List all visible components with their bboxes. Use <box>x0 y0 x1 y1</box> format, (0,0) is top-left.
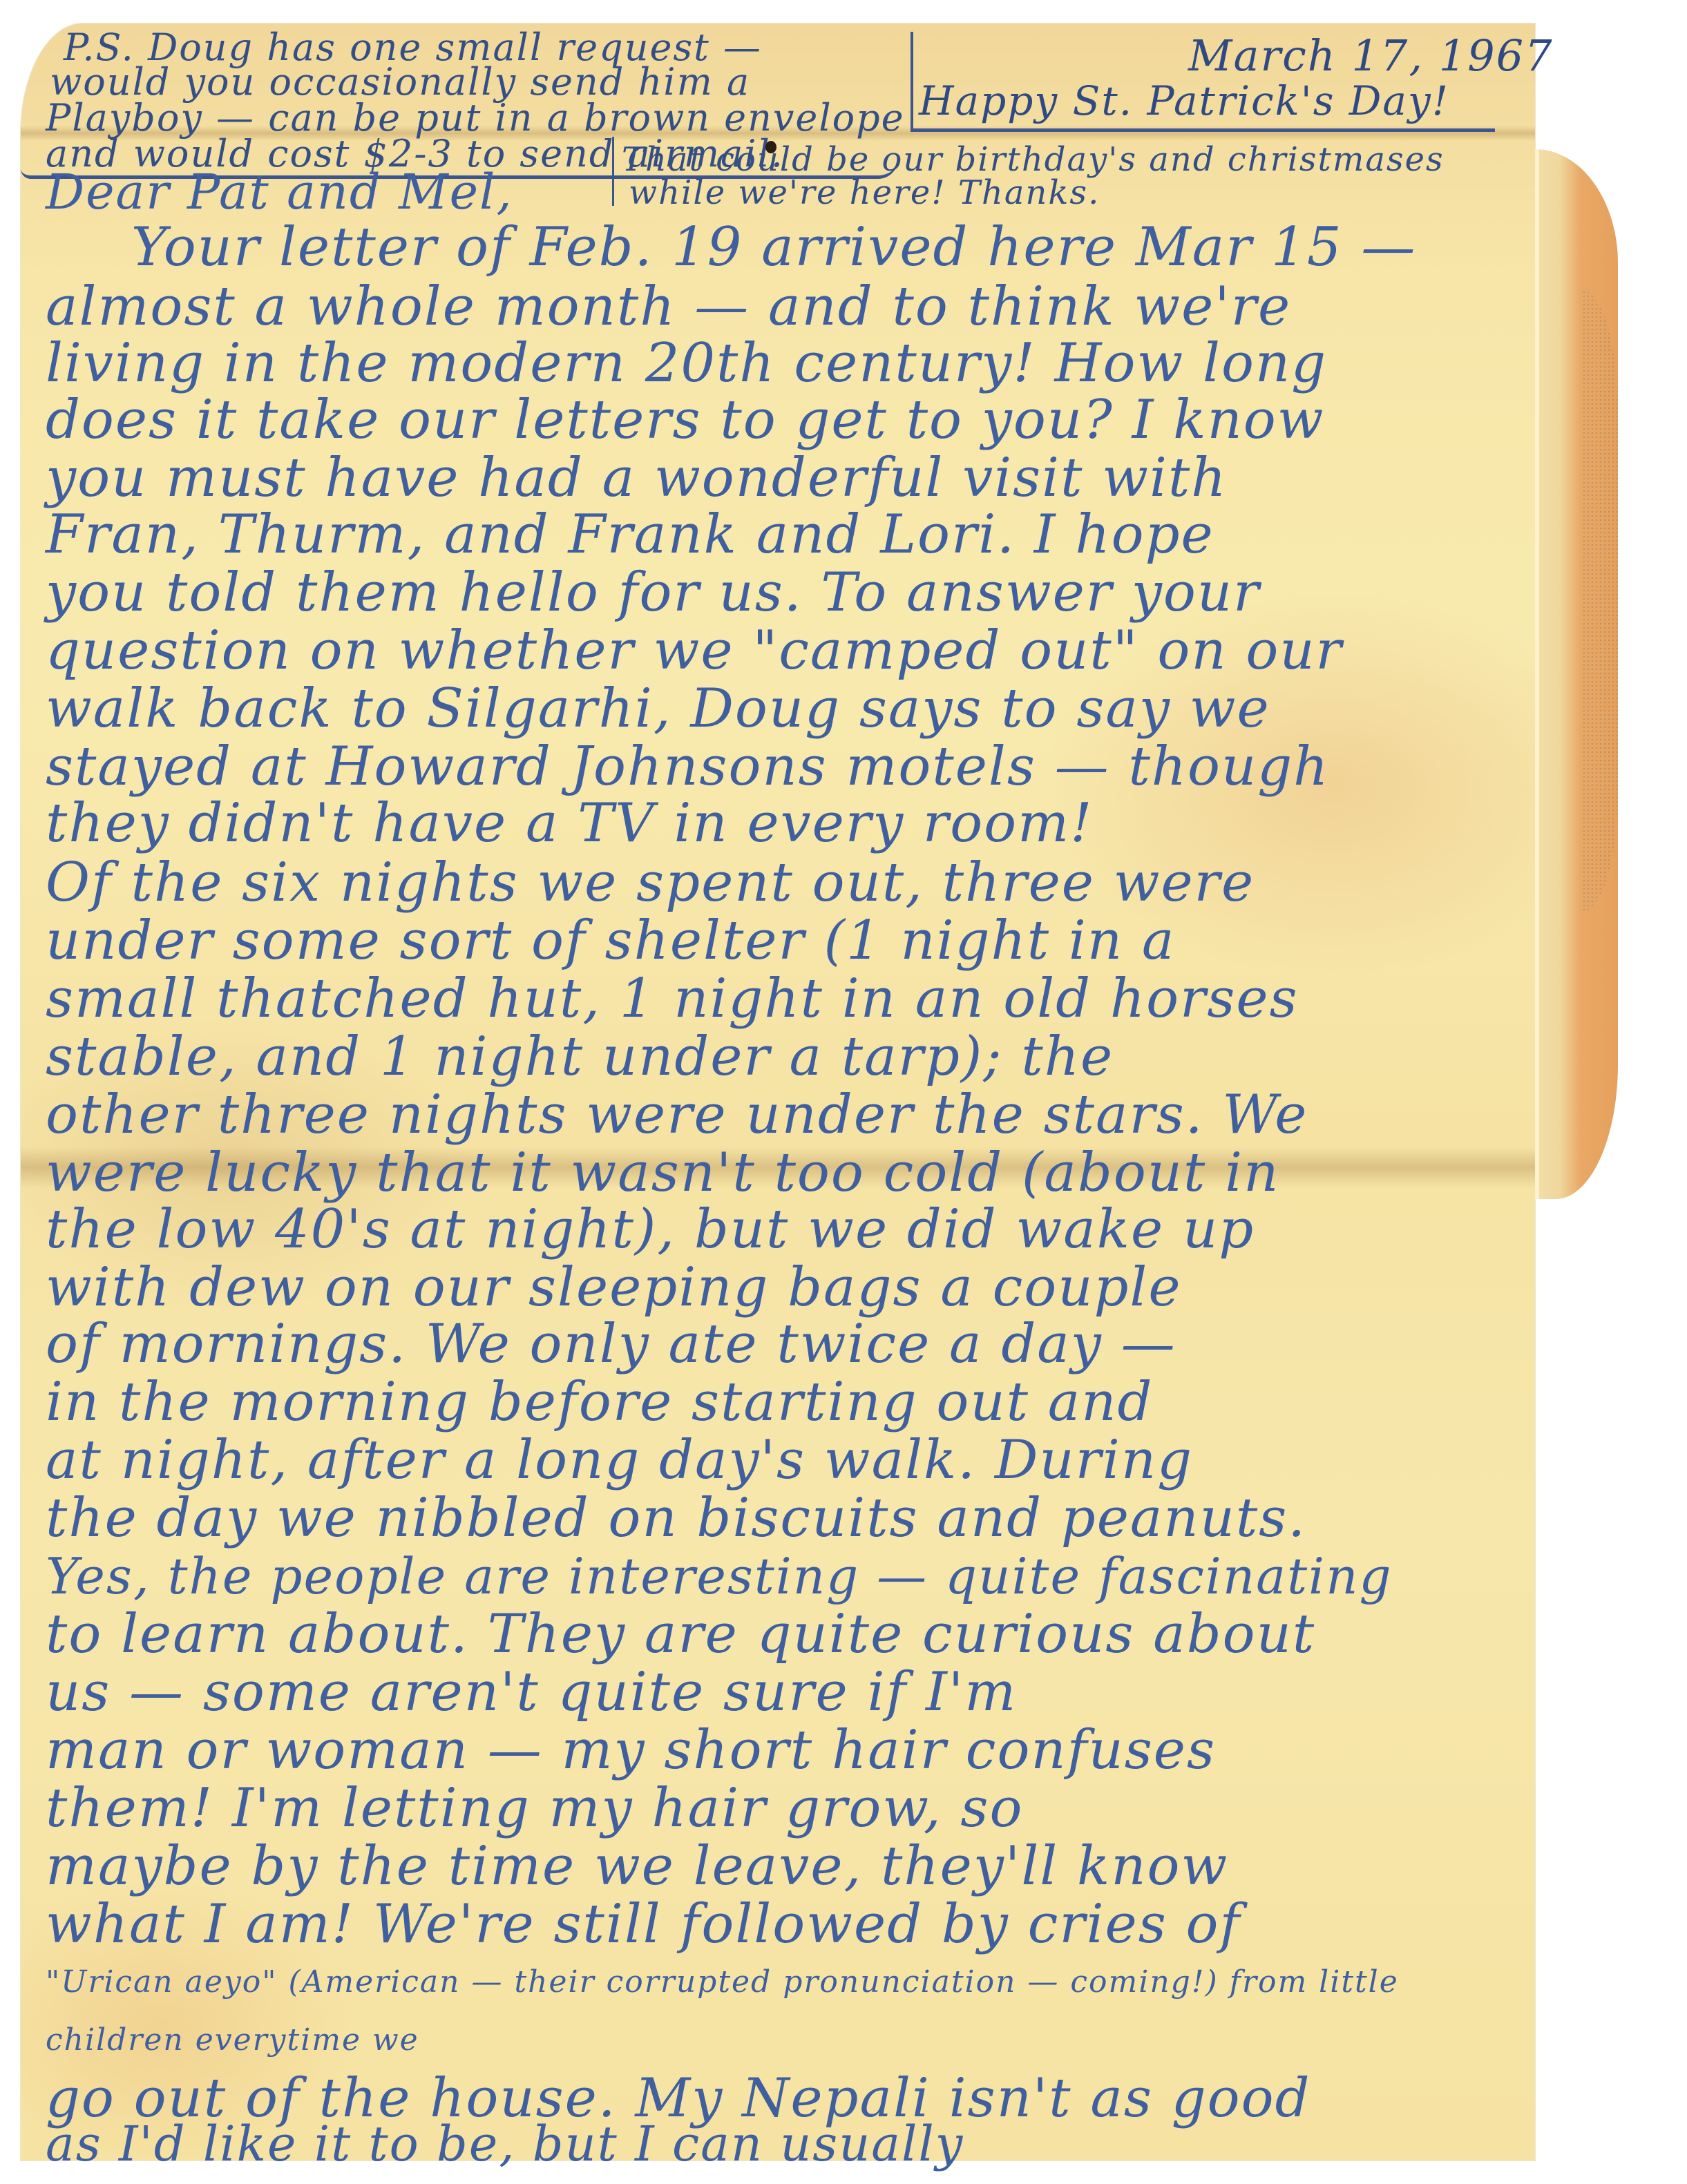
salutation: Dear Pat and Mel, <box>46 163 513 221</box>
body-line: small thatched hut, 1 night in an old ho… <box>46 970 1299 1028</box>
body-line: the day we nibbled on biscuits and peanu… <box>46 1489 1306 1547</box>
body-line: to learn about. They are quite curious a… <box>46 1605 1315 1663</box>
body-line: stable, and 1 night under a tarp); the <box>46 1028 1114 1086</box>
letter-date: March 17, 1967 <box>1188 30 1554 81</box>
body-line: at night, after a long day's walk. Durin… <box>46 1431 1193 1489</box>
body-line: us — some aren't quite sure if I'm <box>46 1663 1017 1721</box>
header-note: Happy St. Patrick's Day! <box>919 77 1449 124</box>
body-line: walk back to Silgarhi, Doug says to say … <box>46 680 1270 738</box>
body-line: other three nights were under the stars.… <box>46 1086 1308 1144</box>
postscript-line: while we're here! Thanks. <box>629 171 1100 214</box>
body-line: under some sort of shelter (1 night in a <box>46 912 1175 970</box>
body-line: of mornings. We only ate twice a day — <box>46 1315 1176 1373</box>
envelope-flap-pattern <box>1582 290 1618 912</box>
body-line: with dew on our sleeping bags a couple <box>46 1258 1182 1316</box>
body-line: were lucky that it wasn't too cold (abou… <box>46 1144 1279 1202</box>
body-line: stayed at Howard Johnsons motels — thoug… <box>46 738 1329 796</box>
body-line: as I'd like it to be, but I can usually <box>46 2115 964 2173</box>
postscript-divider <box>612 137 614 206</box>
body-line: Fran, Thurm, and Frank and Lori. I hope <box>46 506 1214 564</box>
body-line: in the morning before starting out and <box>46 1373 1153 1431</box>
body-line: question on whether we "camped out" on o… <box>46 622 1343 680</box>
body-line: almost a whole month — and to think we'r… <box>46 278 1291 336</box>
body-line: Your letter of Feb. 19 arrived here Mar … <box>131 218 1416 276</box>
body-line: Yes, the people are interesting — quite … <box>46 1547 1393 1605</box>
body-line: they didn't have a TV in every room! <box>46 794 1093 852</box>
body-line: the low 40's at night), but we did wake … <box>46 1200 1255 1258</box>
body-line: Of the six nights we spent out, three we… <box>46 854 1255 912</box>
body-line: maybe by the time we leave, they'll know <box>46 1837 1228 1895</box>
body-line: does it take our letters to get to you? … <box>46 391 1325 449</box>
body-line: living in the modern 20th century! How l… <box>46 334 1327 392</box>
body-line: you told them hello for us. To answer yo… <box>46 564 1260 622</box>
scanned-letter: March 17, 1967 Happy St. Patrick's Day! … <box>0 0 1687 2184</box>
body-line: what I am! We're still followed by cries… <box>46 1895 1241 1953</box>
body-line: you must have had a wonderful visit with <box>46 449 1228 507</box>
envelope-flap-fold <box>1535 149 1539 1199</box>
body-line: them! I'm letting my hair grow, so <box>46 1779 1023 1837</box>
body-line: man or woman — my short hair confuses <box>46 1721 1216 1779</box>
body-line: "Urican aeyo" (American — their corrupte… <box>46 1953 1510 2069</box>
